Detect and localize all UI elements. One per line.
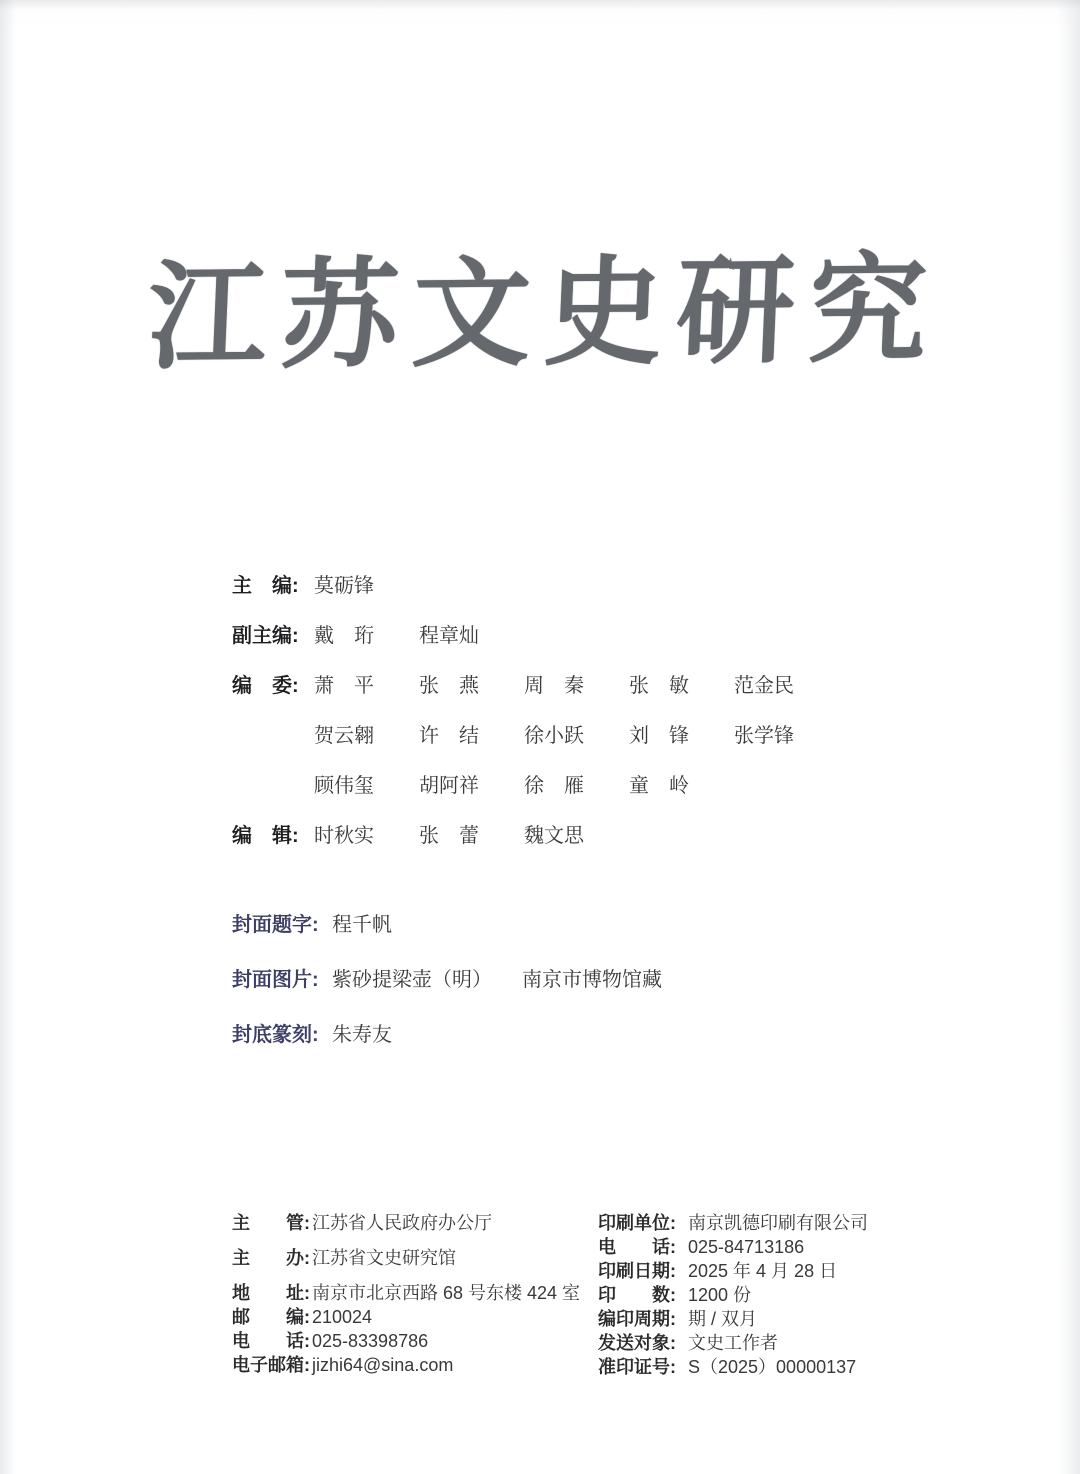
print-date-value: 2025 年 4 月 28 日 [688,1260,837,1283]
postcode-value: 210024 [312,1306,372,1329]
printer-phone-value: 025-84713186 [688,1236,804,1259]
address-label: 地 址: [232,1282,312,1305]
person-name: 贺云翱 [314,724,374,748]
person-name: 徐 雁 [524,774,584,798]
permit-number-label: 准印证号: [598,1356,688,1379]
phone-row: 电 话: 025-83398786 [232,1330,580,1353]
person-name: 程章灿 [419,624,479,648]
person-name: 胡阿祥 [419,774,479,798]
printer-phone-row: 电 话: 025-84713186 [598,1236,868,1259]
person-name: 魏文思 [524,824,584,848]
deputy-editor-row: 副主编: 戴 珩 程章灿 [232,624,794,648]
cover-image-label: 封面图片: [232,968,332,992]
person-name: 萧 平 [314,674,374,698]
editorial-board-row: 贺云翱 许 结 徐小跃 刘 锋 张学锋 [232,724,794,748]
cover-credits-section: 封面题字: 程千帆 封面图片: 紫砂提梁壶（明） 南京市博物馆藏 封底篆刻: 朱… [232,913,662,1078]
print-run-label: 印 数: [598,1284,688,1307]
person-name: 范金民 [734,674,794,698]
editors-label: 编 辑: [232,824,314,848]
back-cover-seal-row: 封底篆刻: 朱寿友 [232,1023,662,1047]
deputy-editor-label: 副主编: [232,624,314,648]
phone-value: 025-83398786 [312,1330,428,1353]
cycle-row: 编印周期: 期 / 双月 [598,1308,868,1331]
back-cover-seal-value: 朱寿友 [332,1023,392,1047]
audience-value: 文史工作者 [688,1332,778,1355]
print-run-value: 1200 份 [688,1284,751,1307]
print-run-row: 印 数: 1200 份 [598,1284,868,1307]
journal-title-calligraphy: 江苏文史研究 [116,214,974,393]
person-name: 童 岭 [629,774,689,798]
address-row: 地 址: 南京市北京西路 68 号东楼 424 室 [232,1282,580,1305]
person-name: 许 结 [419,724,479,748]
audience-row: 发送对象: 文史工作者 [598,1332,868,1355]
person-name: 莫砺锋 [314,574,374,598]
journal-colophon-page: 江苏文史研究 主 编: 莫砺锋 副主编: 戴 珩 程章灿 编 委: 萧 平 张 … [0,0,1080,1474]
publishing-info-right: 印刷单位: 南京凯德印刷有限公司 电 话: 025-84713186 印刷日期:… [598,1212,868,1380]
editors-row: 编 辑: 时秋实 张 蕾 魏文思 [232,824,794,848]
publishing-info-left: 主 管: 江苏省人民政府办公厅 主 办: 江苏省文史研究馆 地 址: 南京市北京… [232,1212,580,1378]
editorial-board-row: 编 委: 萧 平 张 燕 周 秦 张 敏 范金民 [232,674,794,698]
person-name: 戴 珩 [314,624,374,648]
email-value: jizhi64@sina.com [312,1354,453,1377]
audience-label: 发送对象: [598,1332,688,1355]
person-name: 张 蕾 [419,824,479,848]
cover-image-row: 封面图片: 紫砂提梁壶（明） 南京市博物馆藏 [232,968,662,992]
email-label: 电子邮箱: [232,1354,312,1377]
printer-phone-label: 电 话: [598,1236,688,1259]
printer-row: 印刷单位: 南京凯德印刷有限公司 [598,1212,868,1235]
person-name: 张 燕 [419,674,479,698]
permit-number-value: S（2025）00000137 [688,1356,856,1379]
cover-image-value: 紫砂提梁壶（明） 南京市博物馆藏 [332,968,662,992]
supervisor-label: 主 管: [232,1212,312,1235]
organizer-label: 主 办: [232,1247,312,1270]
person-name: 刘 锋 [629,724,689,748]
person-name: 张 敏 [629,674,689,698]
chief-editor-label: 主 编: [232,574,314,598]
person-name: 周 秦 [524,674,584,698]
postcode-row: 邮 编: 210024 [232,1306,580,1329]
email-row: 电子邮箱: jizhi64@sina.com [232,1354,580,1377]
print-date-label: 印刷日期: [598,1260,688,1283]
masthead-section: 主 编: 莫砺锋 副主编: 戴 珩 程章灿 编 委: 萧 平 张 燕 周 秦 张… [232,574,794,874]
person-name: 张学锋 [734,724,794,748]
cycle-label: 编印周期: [598,1308,688,1331]
person-name: 徐小跃 [524,724,584,748]
supervisor-row: 主 管: 江苏省人民政府办公厅 [232,1212,580,1235]
person-name: 顾伟玺 [314,774,374,798]
organizer-row: 主 办: 江苏省文史研究馆 [232,1247,580,1270]
cycle-value: 期 / 双月 [688,1308,757,1331]
back-cover-seal-label: 封底篆刻: [232,1023,332,1047]
address-value: 南京市北京西路 68 号东楼 424 室 [312,1282,580,1305]
cover-inscription-label: 封面题字: [232,913,332,937]
cover-inscription-row: 封面题字: 程千帆 [232,913,662,937]
permit-number-row: 准印证号: S（2025）00000137 [598,1356,868,1379]
cover-inscription-value: 程千帆 [332,913,392,937]
chief-editor-row: 主 编: 莫砺锋 [232,574,794,598]
person-name: 时秋实 [314,824,374,848]
organizer-value: 江苏省文史研究馆 [312,1247,456,1270]
postcode-label: 邮 编: [232,1306,312,1329]
printer-value: 南京凯德印刷有限公司 [688,1212,868,1235]
editorial-board-label: 编 委: [232,674,314,698]
editorial-board-row: 顾伟玺 胡阿祥 徐 雁 童 岭 [232,774,794,798]
print-date-row: 印刷日期: 2025 年 4 月 28 日 [598,1260,868,1283]
phone-label: 电 话: [232,1330,312,1353]
supervisor-value: 江苏省人民政府办公厅 [312,1212,492,1235]
printer-label: 印刷单位: [598,1212,688,1235]
